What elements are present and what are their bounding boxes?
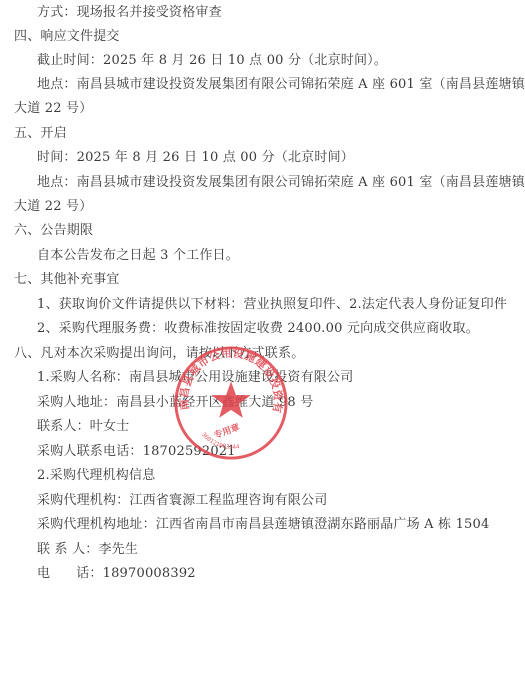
section-4-title: 四、响应文件提交 (14, 29, 120, 45)
section-4-deadline: 截止时间：2025 年 8 月 26 日 10 点 00 分（北京时间）。 (37, 53, 387, 69)
purchaser-address: 采购人地址：南昌县小蓝经开区鑫维大道 98 号 (37, 395, 313, 411)
section-5-title: 五、开启 (14, 126, 67, 142)
agency-name: 采购代理机构：江西省寰源工程监理咨询有限公司 (37, 493, 327, 509)
seal-label: 专用章 (212, 421, 241, 441)
section-5-time: 时间：2025 年 8 月 26 日 10 点 00 分（北京时间） (37, 150, 354, 166)
section-7-title: 七、其他补充事宜 (14, 272, 120, 288)
section-7-item-2: 2、采购代理服务费：收费标准按固定收费 2400.00 元向成交供应商收取。 (37, 321, 479, 337)
section-6-title: 六、公告期限 (14, 223, 93, 239)
purchaser-contact: 联系人：叶女士 (37, 419, 129, 435)
agency-phone: 电 话：18970008392 (37, 566, 196, 582)
section-7-item-1: 1、获取询价文件请提供以下材料：营业执照复印件、2.法定代表人身份证复印件 (37, 297, 507, 313)
purchaser-phone: 采购人联系电话：18702592021 (37, 444, 236, 460)
agency-address: 采购代理机构地址：江西省南昌市南昌县莲塘镇澄湖东路丽晶广场 A 栋 1504 (37, 517, 489, 533)
section-6-body: 自本公告发布之日起 3 个工作日。 (37, 248, 239, 264)
section-5-location-cont: 大道 22 号） (14, 199, 92, 215)
agency-contact: 联 系 人：李先生 (37, 542, 138, 558)
purchaser-name: 1.采购人名称：南昌县城市公用设施建设投资有限公司 (37, 370, 353, 386)
method-line: 方式：现场报名并接受资格审查 (37, 5, 222, 21)
agency-title: 2.采购代理机构信息 (37, 468, 155, 484)
section-4-location: 地点：南昌县城市建设投资发展集团有限公司锦拓荣庭 A 座 601 室（南昌县莲塘… (37, 77, 525, 93)
section-8-title: 八、凡对本次采购提出询问，请按以下方式联系。 (14, 346, 304, 362)
section-4-location-cont: 大道 22 号） (14, 101, 92, 117)
section-5-location: 地点：南昌县城市建设投资发展集团有限公司锦拓荣庭 A 座 601 室（南昌县莲塘… (37, 175, 525, 191)
document-page: 方式：现场报名并接受资格审查 四、响应文件提交 截止时间：2025 年 8 月 … (0, 0, 525, 700)
